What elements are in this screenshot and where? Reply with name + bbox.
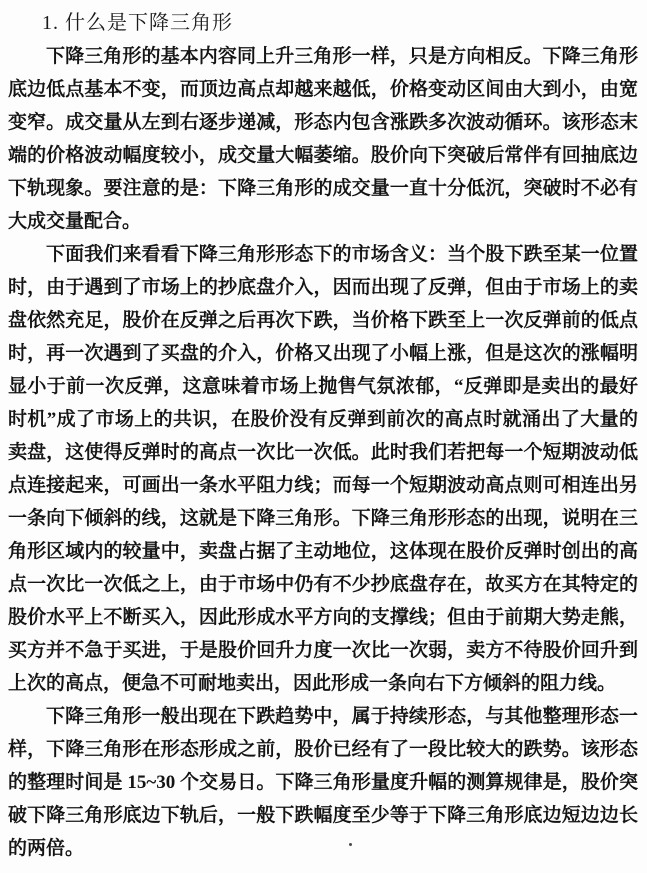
scan-artifact-dot bbox=[349, 843, 352, 846]
section-heading: 1. 什么是下降三角形 bbox=[42, 6, 638, 40]
paragraph-pattern-description: 下降三角形的基本内容同上升三角形一样，只是方向相反。下降三角形底边低点基本不变，… bbox=[8, 40, 638, 238]
paragraph-market-meaning: 下面我们来看看下降三角形形态下的市场含义：当个股下跌至某一位置时，由于遇到了市场… bbox=[8, 238, 638, 700]
scanned-book-page: 1. 什么是下降三角形 下降三角形的基本内容同上升三角形一样，只是方向相反。下降… bbox=[0, 0, 647, 873]
paragraph-trend-measurement: 下降三角形一般出现在下跌趋势中，属于持续形态，与其他整理形态一样，下降三角形在形… bbox=[8, 700, 638, 865]
body-text: 下降三角形的基本内容同上升三角形一样，只是方向相反。下降三角形底边低点基本不变，… bbox=[8, 40, 638, 865]
